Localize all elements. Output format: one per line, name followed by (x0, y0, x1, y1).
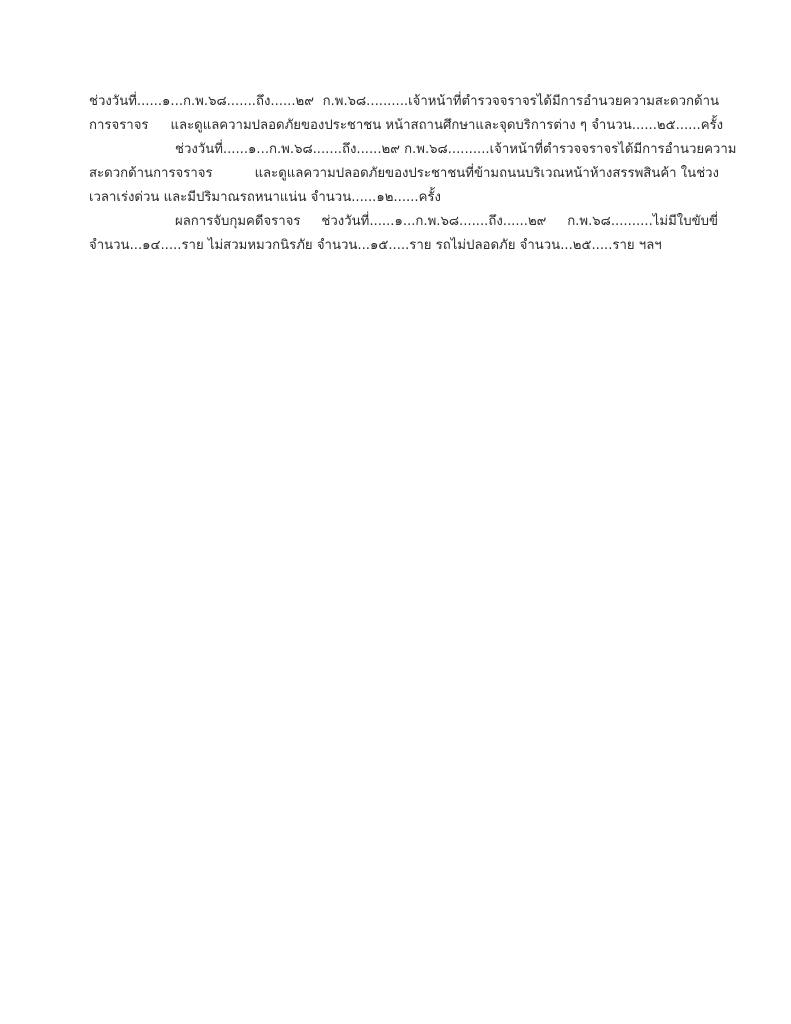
paragraph-1-line-1: ช่วงวันที่......๑...ก.พ.๖๘.......ถึง....… (89, 90, 719, 114)
paragraph-1-line-2-end: และดูแลความปลอดภัยของประชาชน หน้าสถานศึก… (171, 118, 724, 133)
paragraph-1-line-2: การจราจรและดูแลความปลอดภัยของประชาชน หน้… (89, 114, 723, 138)
paragraph-2-line-2-start: สะดวกด้านการจราจร (89, 162, 213, 186)
paragraph-2-line-1: ช่วงวันที่......๑...ก.พ.๖๘.......ถึง....… (175, 138, 718, 162)
paragraph-1-line-2-start: การจราจร (89, 118, 149, 133)
document-page: ช่วงวันที่......๑...ก.พ.๖๘.......ถึง....… (0, 0, 791, 1024)
paragraph-2-line-3: เวลาเร่งด่วน และมีปริมาณรถหนาแน่น จำนวน.… (89, 186, 441, 210)
paragraph-3-line-2: จำนวน...๑๔.....ราย ไม่สวมหมวกนิรภัย จำนว… (89, 234, 662, 258)
paragraph-3-line-1: ผลการจับกุมคดีจราจร ช่วงวันที่......๑...… (175, 210, 718, 234)
paragraph-2-line-2: สะดวกด้านการจราจร และดูแลความปลอดภัยของป… (89, 162, 719, 186)
paragraph-2-line-2-end: และดูแลความปลอดภัยของประชาชนที่ข้ามถนนบร… (255, 162, 719, 186)
